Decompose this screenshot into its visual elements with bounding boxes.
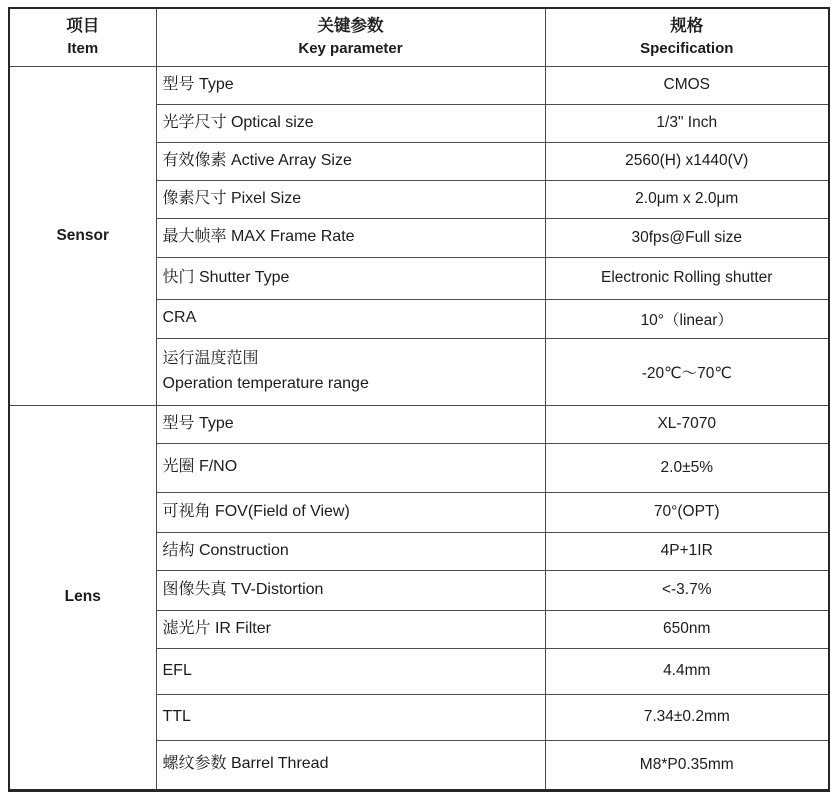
- param-cell: 型号 Type: [156, 66, 545, 104]
- spec-cell: 2.0μm x 2.0μm: [545, 180, 829, 218]
- param-cell: 滤光片 IR Filter: [156, 610, 545, 648]
- spec-table: 项目 Item 关键参数 Key parameter 规格 Specificat…: [8, 7, 830, 792]
- param-cell: 有效像素 Active Array Size: [156, 142, 545, 180]
- spec-cell: 30fps@Full size: [545, 218, 829, 257]
- header-item-en: Item: [16, 38, 150, 61]
- param-cell: EFL: [156, 648, 545, 694]
- param-cell: 像素尺寸 Pixel Size: [156, 180, 545, 218]
- param-cell: 图像失真 TV-Distortion: [156, 570, 545, 610]
- table-row: Lens 型号 Type XL-7070: [9, 405, 829, 443]
- header-item: 项目 Item: [9, 8, 156, 66]
- param-cell: 光圈 F/NO: [156, 443, 545, 492]
- spec-cell: 2.0±5%: [545, 443, 829, 492]
- spec-cell: 650nm: [545, 610, 829, 648]
- header-row: 项目 Item 关键参数 Key parameter 规格 Specificat…: [9, 8, 829, 66]
- item-cell-lens: Lens: [9, 405, 156, 790]
- spec-cell: Electronic Rolling shutter: [545, 257, 829, 299]
- spec-cell: 70°(OPT): [545, 492, 829, 532]
- param-cell: 快门 Shutter Type: [156, 257, 545, 299]
- param-cell: 运行温度范围 Operation temperature range: [156, 338, 545, 405]
- header-key-parameter-zh: 关键参数: [163, 14, 539, 39]
- param-cell: 型号 Type: [156, 405, 545, 443]
- header-specification: 规格 Specification: [545, 8, 829, 66]
- spec-cell: 7.34±0.2mm: [545, 694, 829, 740]
- item-cell-sensor: Sensor: [9, 66, 156, 405]
- spec-cell: 4.4mm: [545, 648, 829, 694]
- spec-cell: 10°（linear）: [545, 299, 829, 338]
- param-cell: CRA: [156, 299, 545, 338]
- param-cell: 可视角 FOV(Field of View): [156, 492, 545, 532]
- spec-cell: XL-7070: [545, 405, 829, 443]
- header-key-parameter: 关键参数 Key parameter: [156, 8, 545, 66]
- spec-cell: 1/3" Inch: [545, 104, 829, 142]
- spec-cell: CMOS: [545, 66, 829, 104]
- spec-cell: M8*P0.35mm: [545, 740, 829, 790]
- param-cell: 光学尺寸 Optical size: [156, 104, 545, 142]
- spec-cell: -20℃～70℃: [545, 338, 829, 405]
- header-specification-en: Specification: [552, 38, 823, 61]
- spec-sheet-page: 项目 Item 关键参数 Key parameter 规格 Specificat…: [0, 0, 834, 804]
- param-cell: 螺纹参数 Barrel Thread: [156, 740, 545, 790]
- spec-cell: 4P+1IR: [545, 532, 829, 570]
- header-item-zh: 项目: [16, 14, 150, 39]
- param-cell: 最大帧率 MAX Frame Rate: [156, 218, 545, 257]
- spec-cell: <-3.7%: [545, 570, 829, 610]
- param-cell: TTL: [156, 694, 545, 740]
- header-specification-zh: 规格: [552, 14, 823, 39]
- spec-cell: 2560(H) x1440(V): [545, 142, 829, 180]
- param-cell: 结构 Construction: [156, 532, 545, 570]
- table-row: Sensor 型号 Type CMOS: [9, 66, 829, 104]
- header-key-parameter-en: Key parameter: [163, 38, 539, 61]
